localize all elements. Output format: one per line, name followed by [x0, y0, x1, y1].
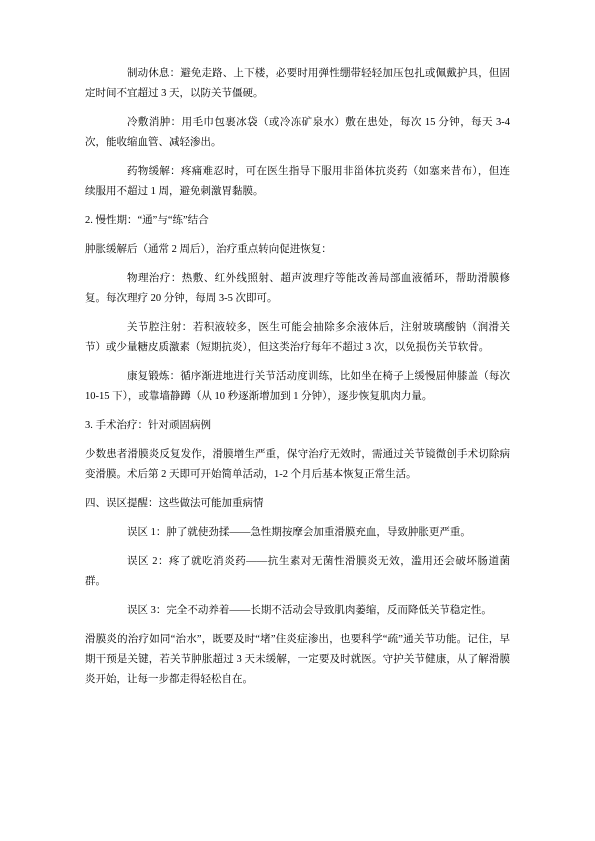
section-heading-myths: 四、误区提醒：这些做法可能加重病情	[85, 494, 510, 514]
paragraph-rest: 制动休息：避免走路、上下楼，必要时用弹性绷带轻轻加压包扎或佩戴护具，但固定时间不…	[85, 64, 510, 104]
document-page: 制动休息：避免走路、上下楼，必要时用弹性绷带轻轻加压包扎或佩戴护具，但固定时间不…	[0, 0, 595, 841]
paragraph-medication: 药物缓解：疼痛难忍时，可在医生指导下服用非甾体抗炎药（如塞来昔布），但连续服用不…	[85, 162, 510, 202]
paragraph-myth-3: 误区 3：完全不动养着——长期不活动会导致肌肉萎缩，反而降低关节稳定性。	[85, 601, 510, 621]
paragraph-myth-1: 误区 1：肿了就使劲揉——急性期按摩会加重滑膜充血，导致肿胀更严重。	[85, 523, 510, 543]
paragraph-physiotherapy: 物理治疗：热敷、红外线照射、超声波理疗等能改善局部血液循环，帮助滑膜修复。每次理…	[85, 269, 510, 309]
section-heading-surgery: 3. 手术治疗：针对顽固病例	[85, 416, 510, 436]
section-heading-chronic: 2. 慢性期：“通”与“练”结合	[85, 211, 510, 231]
paragraph-conclusion: 滑膜炎的治疗如同“治水”，既要及时“堵”住炎症渗出，也要科学“疏”通关节功能。记…	[85, 630, 510, 690]
paragraph-injection: 关节腔注射：若积液较多，医生可能会抽除多余液体后，注射玻璃酸钠（润滑关节）或少量…	[85, 318, 510, 358]
paragraph-cold-compress: 冷敷消肿：用毛巾包裹冰袋（或冷冻矿泉水）敷在患处，每次 15 分钟，每天 3-4…	[85, 113, 510, 153]
paragraph-myth-2: 误区 2：疼了就吃消炎药——抗生素对无菌性滑膜炎无效，滥用还会破坏肠道菌群。	[85, 552, 510, 592]
paragraph-rehab-exercise: 康复锻炼：循序渐进地进行关节活动度训练，比如坐在椅子上缓慢屈伸膝盖（每次 10-…	[85, 367, 510, 407]
paragraph-recovery-intro: 肿胀缓解后（通常 2 周后），治疗重点转向促进恢复：	[85, 240, 510, 260]
paragraph-surgery-detail: 少数患者滑膜炎反复发作，滑膜增生严重，保守治疗无效时，需通过关节镜微创手术切除病…	[85, 445, 510, 485]
